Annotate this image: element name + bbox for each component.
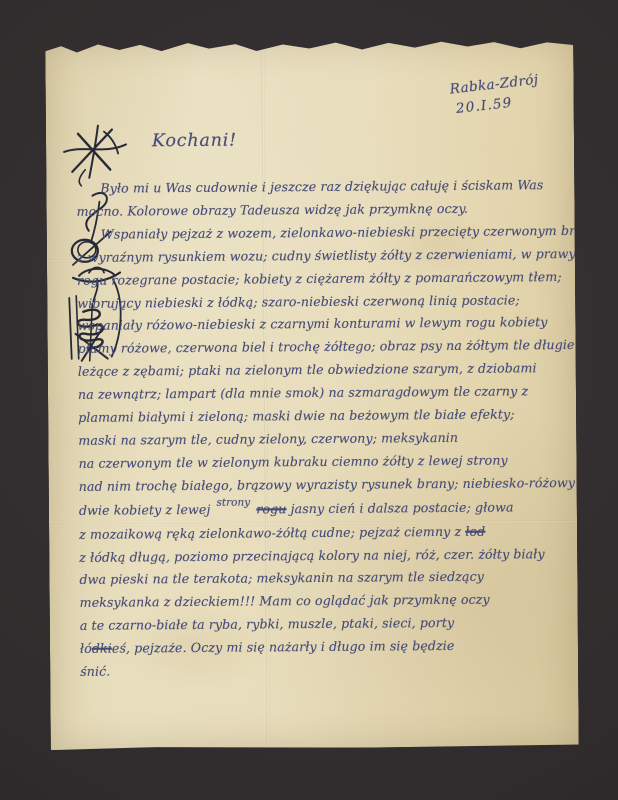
letter-line: plamami białymi i zieloną; maski dwie na… — [78, 403, 566, 430]
letter-line: Wspaniały pejzaż z wozem, zielonkawo-nie… — [77, 220, 565, 247]
letter-paper: Rabka-Zdrój 20.I.59 — [45, 38, 579, 750]
letter-line: rogu rozegrane postacie; kobiety z cięża… — [77, 266, 565, 293]
place-and-date: Rabka-Zdrój 20.I.59 — [449, 70, 542, 120]
photo-background: Rabka-Zdrój 20.I.59 — [0, 0, 618, 800]
letter-line: dwie kobiety z lewej strony rogu jasny c… — [79, 496, 567, 524]
letter-line: z wyraźnym rysunkiem wozu; cudny świetli… — [77, 243, 565, 270]
letter-line: z łódką długą, poziomo przecinającą kolo… — [79, 543, 567, 570]
greeting: Kochani! — [152, 131, 237, 152]
letter-line: nad nim trochę białego, brązowy wyrazist… — [79, 472, 567, 500]
letter-line: Było mi u Was cudownie i jeszcze raz dzi… — [76, 174, 564, 201]
letter-body: Było mi u Was cudownie i jeszcze raz dzi… — [76, 174, 568, 684]
letter-line: śnić. — [80, 657, 568, 684]
